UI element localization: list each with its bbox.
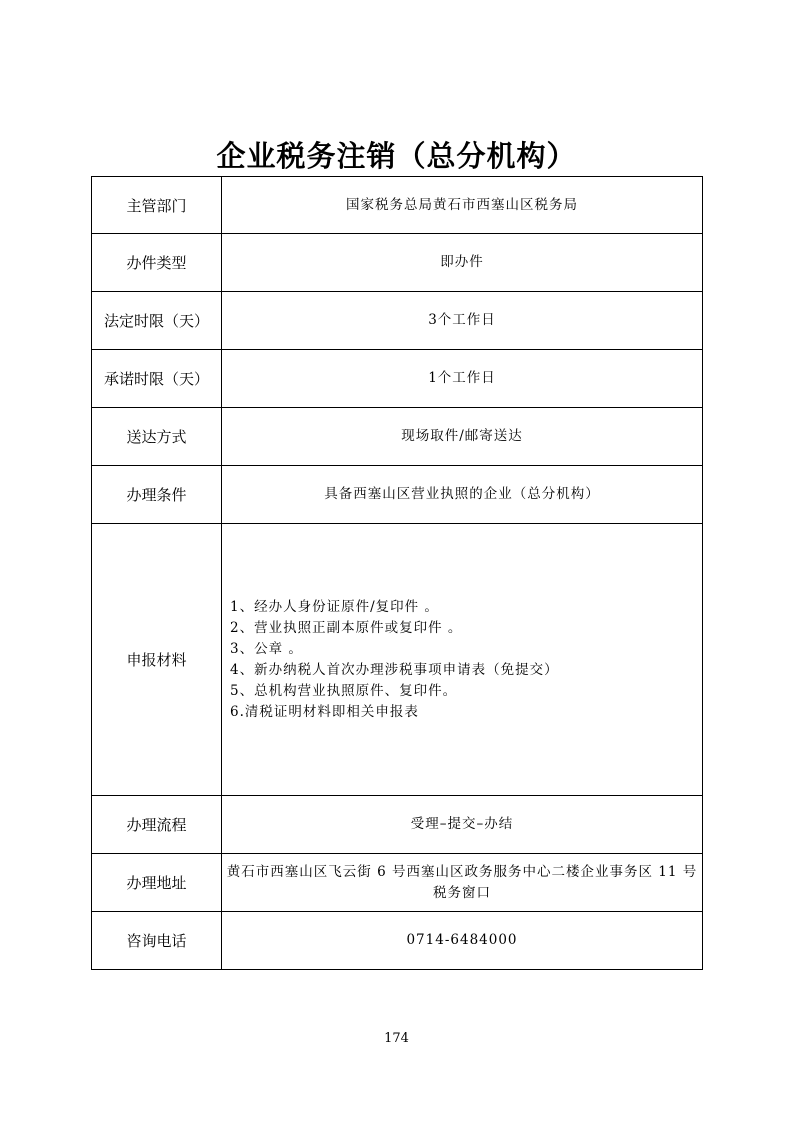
table-row-department: 主管部门 国家税务总局黄石市西塞山区税务局 <box>92 177 703 234</box>
row-label: 办理流程 <box>92 796 222 854</box>
row-label: 承诺时限（天） <box>92 350 222 408</box>
row-value: 1个工作日 <box>222 350 703 408</box>
row-label: 办理地址 <box>92 854 222 912</box>
list-item: 5、总机构营业执照原件、复印件。 <box>230 681 702 702</box>
row-label: 办件类型 <box>92 234 222 292</box>
table-row-process: 办理流程 受理–提交–办结 <box>92 796 703 854</box>
table-row-case-type: 办件类型 即办件 <box>92 234 703 292</box>
row-label: 办理条件 <box>92 466 222 524</box>
row-label: 咨询电话 <box>92 912 222 970</box>
list-item: 1、经办人身份证原件/复印件 。 <box>230 597 702 618</box>
row-value: 黄石市西塞山区飞云街 6 号西塞山区政务服务中心二楼企业事务区 11 号税务窗口 <box>222 854 703 912</box>
list-item: 4、新办纳税人首次办理涉税事项申请表（免提交） <box>230 660 702 681</box>
list-item: 3、公章 。 <box>230 639 702 660</box>
row-value: 3个工作日 <box>222 292 703 350</box>
list-item: 2、营业执照正副本原件或复印件 。 <box>230 618 702 639</box>
table-row-materials: 申报材料 1、经办人身份证原件/复印件 。 2、营业执照正副本原件或复印件 。 … <box>92 524 703 796</box>
page-title: 企业税务注销（总分机构） <box>0 136 793 176</box>
row-label: 主管部门 <box>92 177 222 234</box>
row-value: 国家税务总局黄石市西塞山区税务局 <box>222 177 703 234</box>
page-number: 174 <box>0 1031 793 1046</box>
row-label: 申报材料 <box>92 524 222 796</box>
table-row-address: 办理地址 黄石市西塞山区飞云街 6 号西塞山区政务服务中心二楼企业事务区 11 … <box>92 854 703 912</box>
table-row-conditions: 办理条件 具备西塞山区营业执照的企业（总分机构） <box>92 466 703 524</box>
row-value: 具备西塞山区营业执照的企业（总分机构） <box>222 466 703 524</box>
table-row-promised-time-limit: 承诺时限（天） 1个工作日 <box>92 350 703 408</box>
row-value: 0714-6484000 <box>222 912 703 970</box>
row-value: 现场取件/邮寄送达 <box>222 408 703 466</box>
table-row-legal-time-limit: 法定时限（天） 3个工作日 <box>92 292 703 350</box>
materials-list: 1、经办人身份证原件/复印件 。 2、营业执照正副本原件或复印件 。 3、公章 … <box>222 524 703 796</box>
row-value: 即办件 <box>222 234 703 292</box>
service-info-table: 主管部门 国家税务总局黄石市西塞山区税务局 办件类型 即办件 法定时限（天） 3… <box>91 176 703 970</box>
row-label: 送达方式 <box>92 408 222 466</box>
row-label: 法定时限（天） <box>92 292 222 350</box>
table-row-phone: 咨询电话 0714-6484000 <box>92 912 703 970</box>
table-row-delivery-method: 送达方式 现场取件/邮寄送达 <box>92 408 703 466</box>
list-item: 6.清税证明材料即相关申报表 <box>230 702 702 723</box>
row-value: 受理–提交–办结 <box>222 796 703 854</box>
